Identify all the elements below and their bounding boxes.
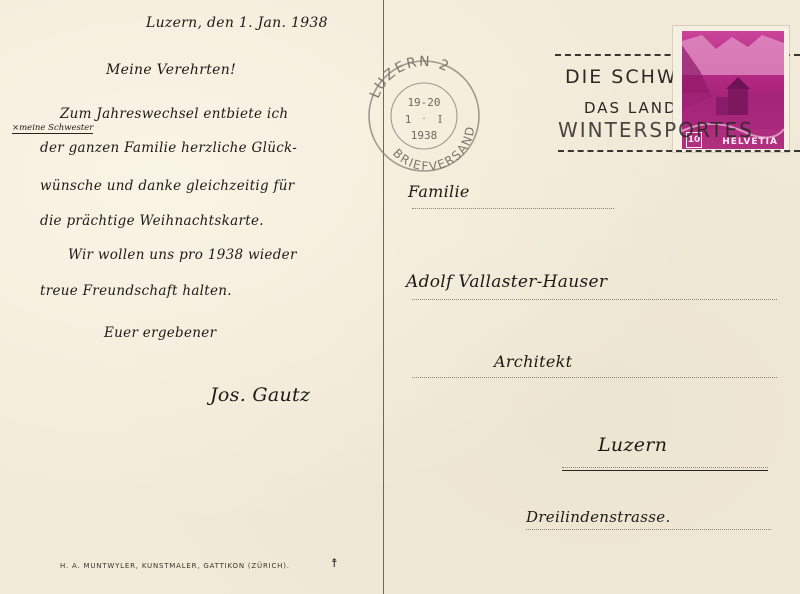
signature: Jos. Gautz xyxy=(210,384,310,406)
message-line-4: die prächtige Weihnachtskarte. xyxy=(40,213,264,229)
address-rule-2 xyxy=(412,299,777,300)
postcard-back: Luzern, den 1. Jan. 1938 Meine Verehrten… xyxy=(0,0,800,594)
slogan-line-3: WINTERSPORTES xyxy=(558,118,754,142)
postmark-day: 1 xyxy=(405,113,412,126)
postmark: LUZERN 2 BRIEFVERSAND 19-20 1 · I 1938 xyxy=(358,52,488,172)
date-line: Luzern, den 1. Jan. 1938 xyxy=(146,15,328,31)
message-line-1: Zum Jahreswechsel entbiete ich xyxy=(60,106,288,122)
svg-text:LUZERN 2: LUZERN 2 xyxy=(367,54,453,101)
salutation: Meine Verehrten! xyxy=(106,62,236,78)
address-street: Dreilindenstrasse. xyxy=(526,508,671,526)
cancel-line-bottom xyxy=(558,150,800,152)
message-line-5: Wir wollen uns pro 1938 wieder xyxy=(68,247,297,263)
address-rule-5 xyxy=(526,529,771,530)
address-line-1: Familie xyxy=(408,182,470,201)
address-line-3: Architekt xyxy=(494,352,572,371)
address-rule-1 xyxy=(412,208,614,209)
address-rule-4-dotted xyxy=(562,467,768,468)
postmark-ring-icon: LUZERN 2 BRIEFVERSAND 19-20 1 · I 1938 xyxy=(358,52,488,172)
postmark-city: LUZERN 2 xyxy=(367,54,453,101)
closing: Euer ergebener xyxy=(104,325,216,341)
message-insertion: ×meine Schwester xyxy=(12,123,93,134)
svg-text:·: · xyxy=(422,114,425,125)
address-city: Luzern xyxy=(598,434,667,456)
postmark-month: I xyxy=(438,113,442,126)
address-line-2: Adolf Vallaster-Hauser xyxy=(406,272,607,292)
postmark-time: 19-20 xyxy=(407,96,440,109)
address-city-underline xyxy=(562,470,768,471)
message-line-6: treue Freundschaft halten. xyxy=(40,283,232,299)
address-rule-3 xyxy=(412,377,777,378)
postmark-year: 1938 xyxy=(411,129,438,142)
message-line-2: der ganzen Familie herzliche Glück- xyxy=(40,140,297,156)
message-line-3: wünsche und danke gleichzeitig für xyxy=(40,178,295,194)
printer-credit: H. A. MUNTWYLER, KUNSTMALER, GATTIKON (Z… xyxy=(60,562,290,570)
printer-logo-icon: ☨ xyxy=(331,556,338,570)
